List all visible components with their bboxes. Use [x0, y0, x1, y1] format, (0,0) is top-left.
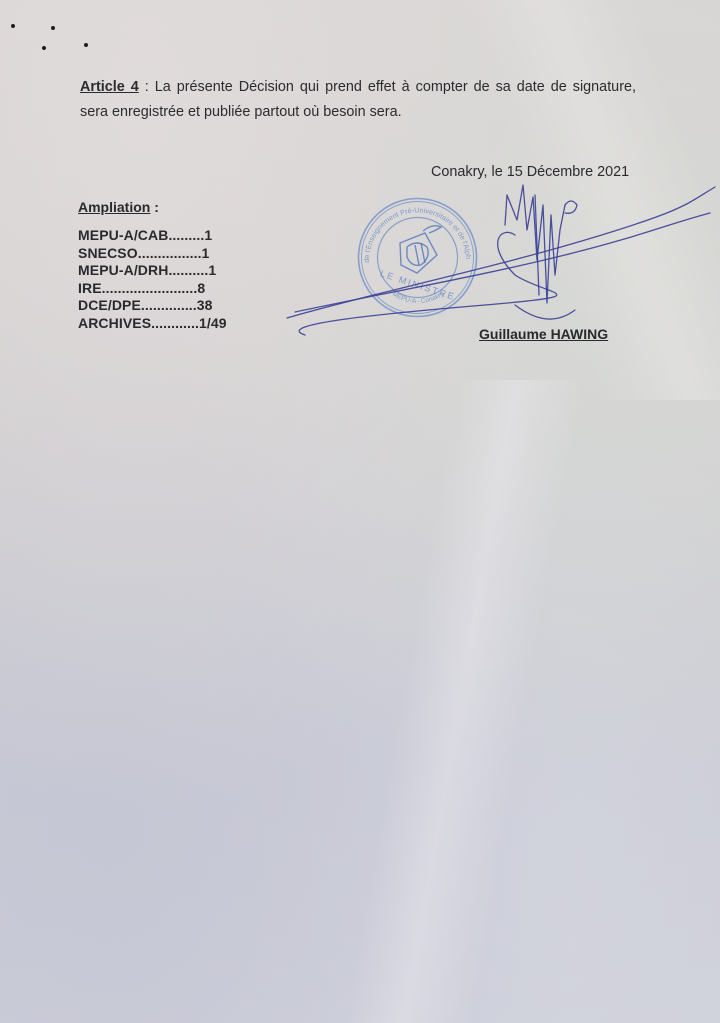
- ampliation-heading: Ampliation :: [78, 199, 227, 227]
- paper-fold-shadow: [0, 380, 720, 1023]
- ampliation-item: IRE........................8: [78, 280, 227, 298]
- article-separator: :: [139, 79, 155, 95]
- ampliation-item: MEPU-A/CAB.........1: [78, 227, 227, 245]
- punch-dot: [42, 46, 46, 50]
- ampliation-item: MEPU-A/DRH..........1: [78, 262, 227, 280]
- ampliation-block: Ampliation : MEPU-A/CAB.........1 SNECSO…: [78, 199, 227, 332]
- punch-dot: [84, 43, 88, 47]
- article-label: Article 4: [80, 79, 139, 95]
- signature-icon: [285, 175, 720, 340]
- ampliation-list: MEPU-A/CAB.........1 SNECSO.............…: [78, 227, 227, 332]
- signatory-name: Guillaume HAWING: [479, 326, 608, 342]
- article-text-line-2: sera enregistrée et publiée partout où b…: [80, 100, 640, 125]
- document-page: Article 4 : La présente Décision qui pre…: [0, 0, 720, 1023]
- punch-dot: [11, 24, 15, 28]
- ampliation-item: ARCHIVES............1/49: [78, 315, 227, 333]
- article-line-1: Article 4 : La présente Décision qui pre…: [80, 75, 636, 100]
- ampliation-title-suffix: :: [150, 199, 159, 215]
- ampliation-item: SNECSO................1: [78, 245, 227, 263]
- article-4-paragraph: Article 4 : La présente Décision qui pre…: [80, 75, 640, 125]
- punch-dot: [51, 26, 55, 30]
- ampliation-item: DCE/DPE..............38: [78, 297, 227, 315]
- ampliation-title: Ampliation: [78, 199, 150, 215]
- article-text-line-1: La présente Décision qui prend effet à c…: [155, 79, 636, 95]
